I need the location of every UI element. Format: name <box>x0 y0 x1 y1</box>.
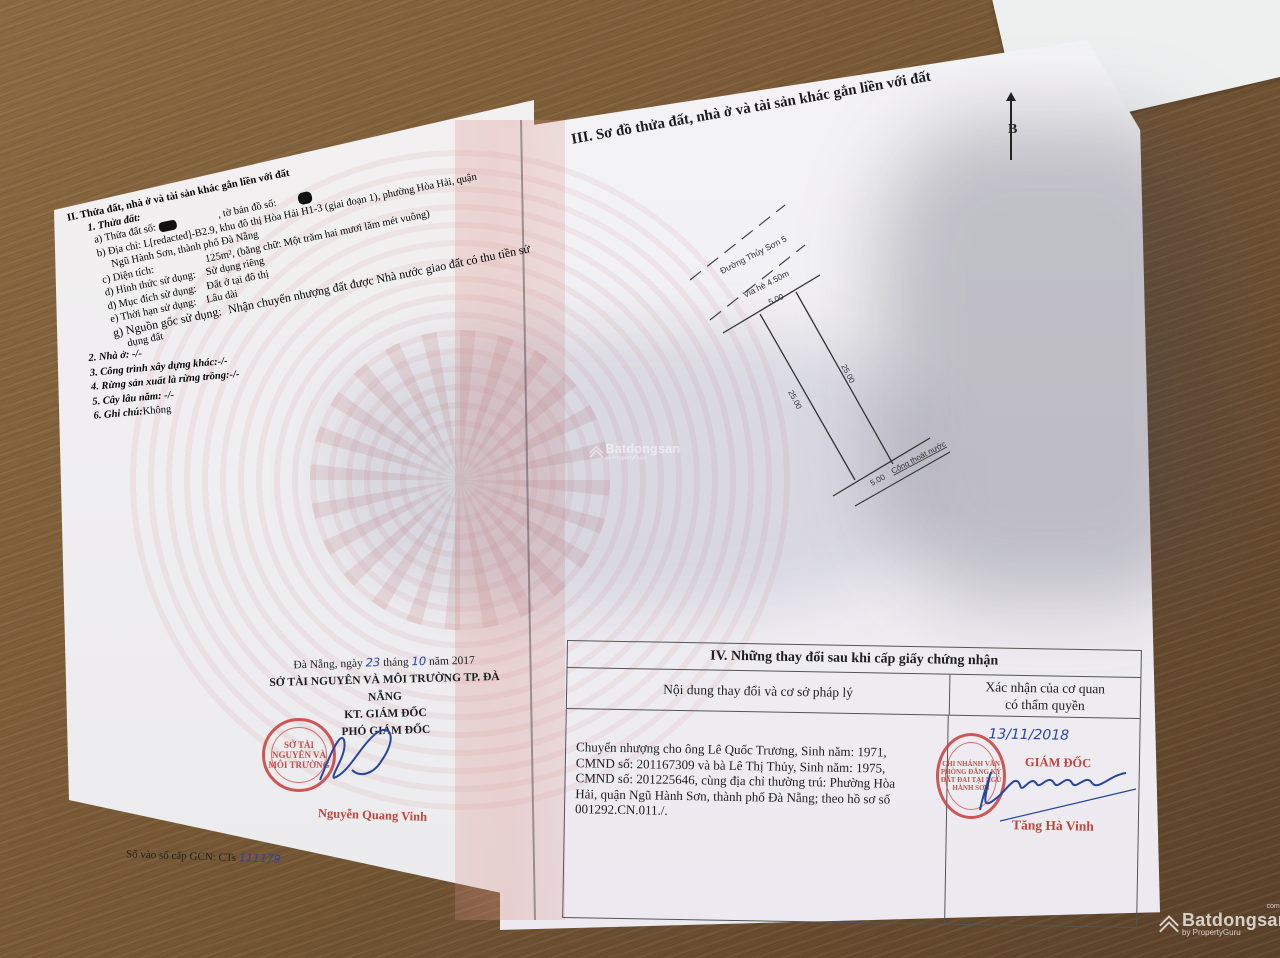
col-confirm-header: Xác nhận của cơ quan có thẩm quyền <box>950 675 1141 718</box>
redaction-mark <box>158 219 178 232</box>
left-boundary <box>760 314 855 480</box>
right-boundary <box>796 292 893 464</box>
issuer-signature-icon <box>300 720 410 790</box>
other-assets-list: 2. Nhà ở: -/- 3. Công trình xây dựng khá… <box>88 339 243 424</box>
sidewalk-label: Vỉa hè 4.50m <box>741 268 790 300</box>
col-content-header: Nội dung thay đổi và cơ sở pháp lý <box>567 668 951 715</box>
redaction-mark <box>297 190 313 205</box>
certificate-register-number: Số vào sổ cấp GCN: CTs 111179 <box>126 847 281 865</box>
back-width: 5.00 <box>869 472 887 488</box>
street-name: Đường Thủy Sơn 5 <box>718 233 788 275</box>
batdongsan-logo-icon <box>1160 915 1178 933</box>
land-certificate: II. Thửa đất, nhà ở và tài sản khác gắn … <box>0 0 1280 958</box>
center-watermark: Batdongsan by PropertyGuru <box>590 442 680 461</box>
left-length: 25.00 <box>786 389 804 411</box>
confirm-date: 13/11/2018 <box>988 726 1069 743</box>
front-width: 5.00 <box>767 292 785 307</box>
batdongsan-logo-icon <box>590 445 603 458</box>
confirm-signer-name: Tăng Hà Vinh <box>1012 817 1094 834</box>
north-label: B <box>1008 122 1017 138</box>
change-content: Chuyển nhượng cho ông Lê Quốc Trương, Si… <box>563 709 949 924</box>
confirm-signature-icon <box>960 755 1140 825</box>
corner-watermark: com.vn Batdongsan by PropertyGuru <box>1160 910 1280 937</box>
land-plot-diagram: Đường Thủy Sơn 5 Vỉa hè 4.50m 5.00 25.00… <box>690 180 1030 520</box>
